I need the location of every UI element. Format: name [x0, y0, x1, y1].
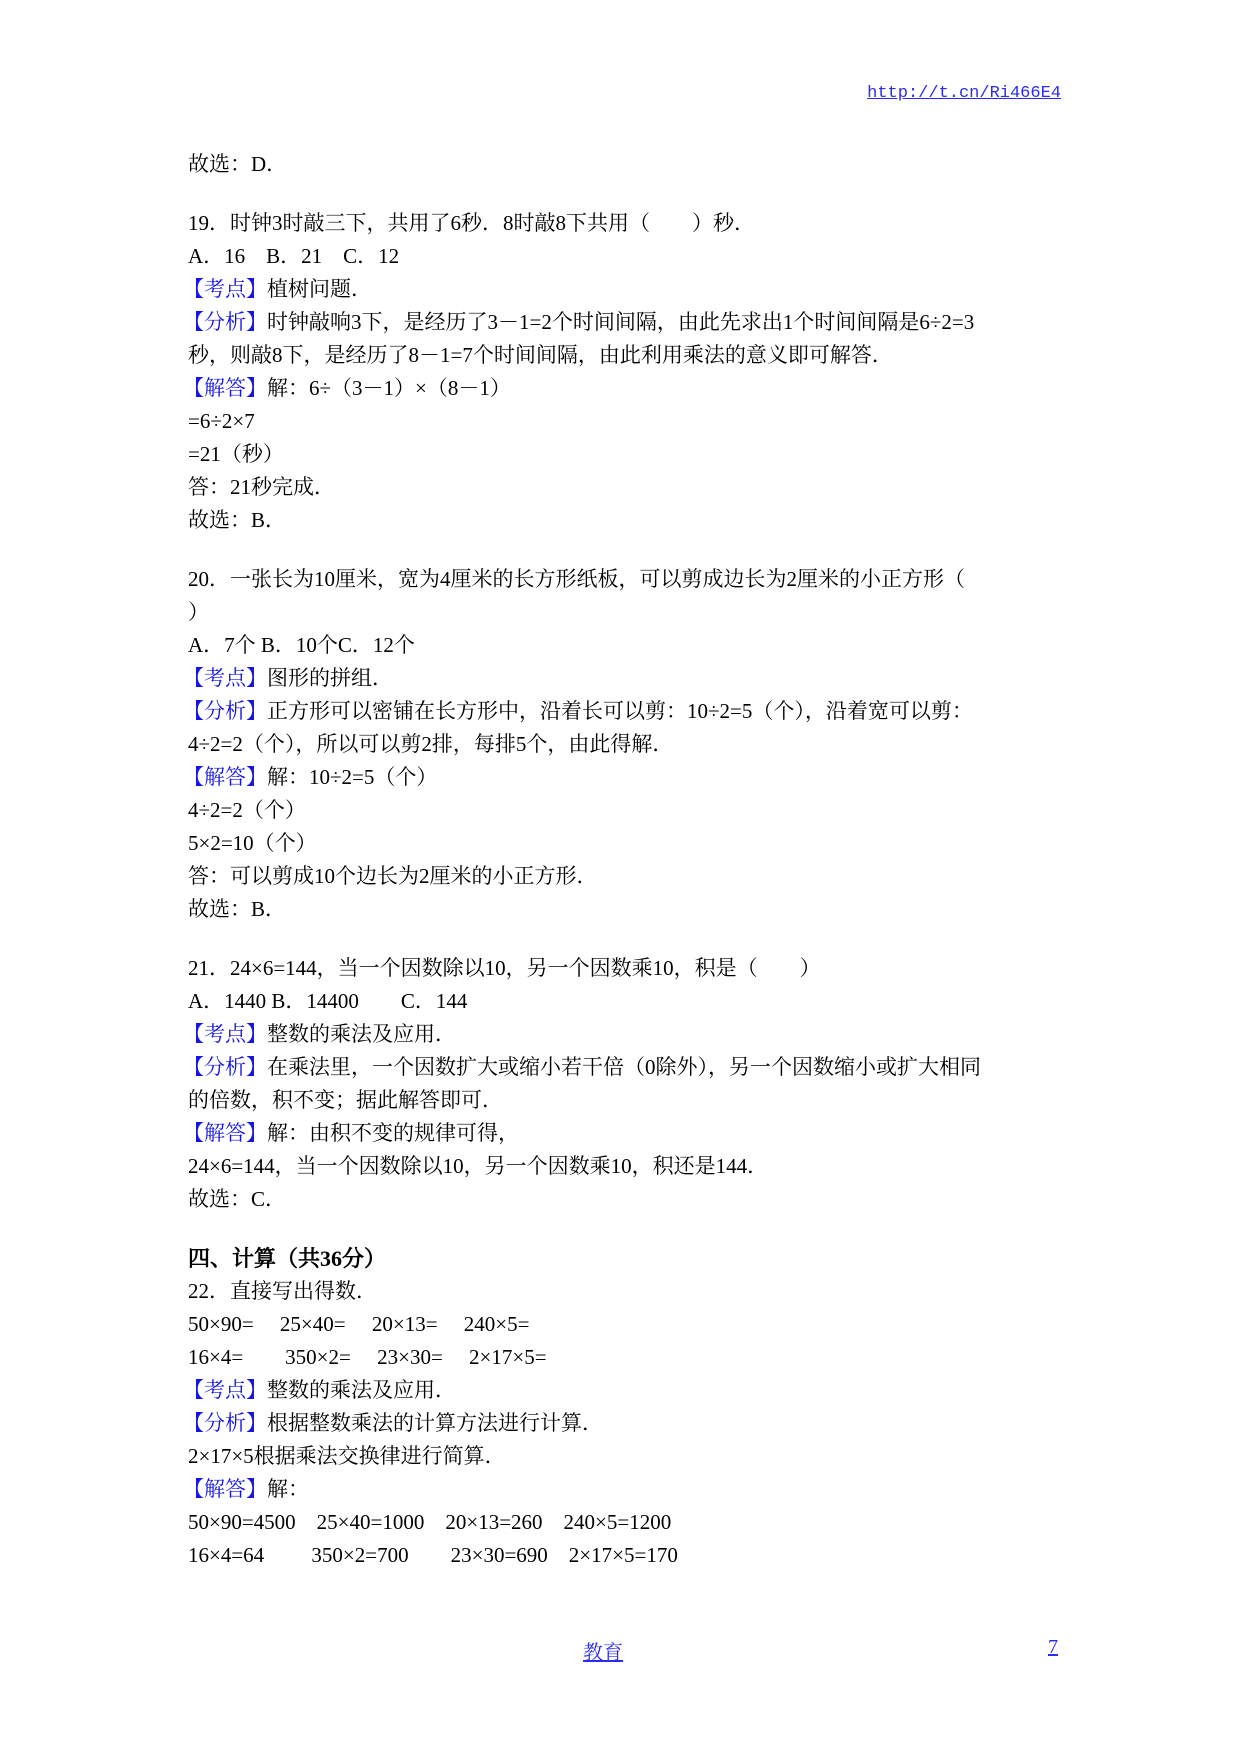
blank-line [188, 926, 1070, 952]
line-text: 21．24×6=144，当一个因数除以10，另一个因数乘10，积是（ ） [188, 956, 821, 980]
line-text: 整数的乘法及应用． [267, 1022, 456, 1046]
line-text: 故选：B． [188, 897, 286, 921]
line-text: 解：由积不变的规律可得， [267, 1121, 519, 1145]
line-text: 16×4=64 350×2=700 23×30=690 2×17×5=170 [188, 1543, 678, 1567]
text-line: 【分析】根据整数乘法的计算方法进行计算． [188, 1407, 1070, 1440]
bracket-tag-label: 【考点】 [183, 1022, 267, 1046]
line-text: ） [188, 600, 209, 624]
footer-site-link[interactable]: 教育 [583, 1636, 623, 1665]
line-text: 50×90= 25×40= 20×13= 240×5= [188, 1312, 530, 1336]
line-text: 4÷2=2（个） [188, 798, 306, 822]
text-line: 【分析】时钟敲响3下，是经历了3－1=2个时间间隔，由此先求出1个时间间隔是6÷… [188, 306, 1070, 339]
line-text: 的倍数，积不变；据此解答即可． [188, 1088, 503, 1112]
text-line: 答：可以剪成10个边长为2厘米的小正方形． [188, 860, 1070, 893]
line-text: 50×90=4500 25×40=1000 20×13=260 240×5=12… [188, 1510, 671, 1534]
text-line: =21（秒） [188, 438, 1070, 471]
line-text: A．16 B．21 C．12 [188, 244, 399, 268]
line-text: 整数的乘法及应用． [267, 1378, 456, 1402]
text-line: A．16 B．21 C．12 [188, 240, 1070, 273]
line-text: 16×4= 350×2= 23×30= 2×17×5= [188, 1345, 547, 1369]
text-line: =6÷2×7 [188, 405, 1070, 438]
line-text: 20．一张长为10厘米，宽为4厘米的长方形纸板，可以剪成边长为2厘米的小正方形（ [188, 567, 965, 591]
text-line: 【解答】解： [188, 1473, 1070, 1506]
text-line: A．7个 B．10个C．12个 [188, 629, 1070, 662]
text-line: 21．24×6=144，当一个因数除以10，另一个因数乘10，积是（ ） [188, 952, 1070, 985]
text-line: 【分析】在乘法里，一个因数扩大或缩小若干倍（0除外），另一个因数缩小或扩大相同 [188, 1051, 1070, 1084]
bracket-tag-label: 【考点】 [183, 277, 267, 301]
text-line: 答：21秒完成． [188, 471, 1070, 504]
text-line: 【解答】解：10÷2=5（个） [188, 761, 1070, 794]
section-heading: 四、计算（共36分） [188, 1242, 1070, 1275]
bracket-tag-label: 【解答】 [183, 765, 267, 789]
line-text: 故选：C． [188, 1187, 286, 1211]
line-text: 图形的拼组． [267, 666, 393, 690]
line-text: 解： [267, 1477, 309, 1501]
document-body: 故选：D．19．时钟3时敲三下，共用了6秒．8时敲8下共用（ ）秒．A．16 B… [188, 148, 1070, 1572]
line-text: 四、计算（共36分） [188, 1246, 386, 1271]
bracket-tag-label: 【分析】 [183, 1411, 267, 1435]
line-text: 故选：D． [188, 152, 287, 176]
line-text: =21（秒） [188, 442, 284, 466]
text-line: 5×2=10（个） [188, 827, 1070, 860]
text-line: 故选：B． [188, 504, 1070, 537]
line-text: A．1440 B．14400 C．144 [188, 989, 467, 1013]
bracket-tag-label: 【解答】 [183, 376, 267, 400]
text-line: 50×90= 25×40= 20×13= 240×5= [188, 1308, 1070, 1341]
line-text: 在乘法里，一个因数扩大或缩小若干倍（0除外），另一个因数缩小或扩大相同 [267, 1055, 981, 1079]
line-text: 19．时钟3时敲三下，共用了6秒．8时敲8下共用（ ）秒． [188, 211, 755, 235]
line-text: 24×6=144，当一个因数除以10，另一个因数乘10，积还是144． [188, 1154, 768, 1178]
line-text: 5×2=10（个） [188, 831, 317, 855]
page-container: http://t.cn/Ri466E4 故选：D．19．时钟3时敲三下，共用了6… [0, 0, 1241, 1754]
bracket-tag-label: 【分析】 [183, 1055, 267, 1079]
bracket-tag-label: 【考点】 [183, 1378, 267, 1402]
line-text: 根据整数乘法的计算方法进行计算． [267, 1411, 603, 1435]
line-text: 答：21秒完成． [188, 475, 335, 499]
text-line: 【考点】植树问题． [188, 273, 1070, 306]
text-line: 故选：B． [188, 893, 1070, 926]
line-text: 秒，则敲8下，是经历了8－1=7个时间间隔，由此利用乘法的意义即可解答． [188, 343, 893, 367]
line-text: =6÷2×7 [188, 409, 255, 433]
footer-page-number[interactable]: 7 [1048, 1636, 1058, 1659]
line-text: 2×17×5根据乘法交换律进行简算． [188, 1444, 506, 1468]
text-line: 【考点】整数的乘法及应用． [188, 1374, 1070, 1407]
header-url-link[interactable]: http://t.cn/Ri466E4 [867, 84, 1061, 103]
text-line: 2×17×5根据乘法交换律进行简算． [188, 1440, 1070, 1473]
text-line: 19．时钟3时敲三下，共用了6秒．8时敲8下共用（ ）秒． [188, 207, 1070, 240]
line-text: 故选：B． [188, 508, 286, 532]
line-text: 22．直接写出得数． [188, 1279, 377, 1303]
text-line: 【考点】图形的拼组． [188, 662, 1070, 695]
text-line: 故选：D． [188, 148, 1070, 181]
bracket-tag-label: 【分析】 [183, 310, 267, 334]
bracket-tag-label: 【解答】 [183, 1121, 267, 1145]
text-line: 【考点】整数的乘法及应用． [188, 1018, 1070, 1051]
line-text: 正方形可以密铺在长方形中，沿着长可以剪：10÷2=5（个），沿着宽可以剪： [267, 699, 973, 723]
text-line: 4÷2=2（个），所以可以剪2排，每排5个，由此得解． [188, 728, 1070, 761]
bracket-tag-label: 【分析】 [183, 699, 267, 723]
text-line: 【解答】解：6÷（3－1）×（8－1） [188, 372, 1070, 405]
text-line: A．1440 B．14400 C．144 [188, 985, 1070, 1018]
line-text: 时钟敲响3下，是经历了3－1=2个时间间隔，由此先求出1个时间间隔是6÷2=3 [267, 310, 974, 334]
blank-line [188, 181, 1070, 207]
text-line: 4÷2=2（个） [188, 794, 1070, 827]
line-text: 4÷2=2（个），所以可以剪2排，每排5个，由此得解． [188, 732, 673, 756]
line-text: A．7个 B．10个C．12个 [188, 633, 415, 657]
line-text: 植树问题． [267, 277, 372, 301]
blank-line [188, 537, 1070, 563]
bracket-tag-label: 【解答】 [183, 1477, 267, 1501]
text-line: 【分析】正方形可以密铺在长方形中，沿着长可以剪：10÷2=5（个），沿着宽可以剪… [188, 695, 1070, 728]
text-line: 16×4= 350×2= 23×30= 2×17×5= [188, 1341, 1070, 1374]
text-line: 50×90=4500 25×40=1000 20×13=260 240×5=12… [188, 1506, 1070, 1539]
bracket-tag-label: 【考点】 [183, 666, 267, 690]
line-text: 解：10÷2=5（个） [267, 765, 437, 789]
line-text: 解：6÷（3－1）×（8－1） [267, 376, 511, 400]
text-line: 16×4=64 350×2=700 23×30=690 2×17×5=170 [188, 1539, 1070, 1572]
text-line: 的倍数，积不变；据此解答即可． [188, 1084, 1070, 1117]
text-line: 秒，则敲8下，是经历了8－1=7个时间间隔，由此利用乘法的意义即可解答． [188, 339, 1070, 372]
text-line: 故选：C． [188, 1183, 1070, 1216]
line-text: 答：可以剪成10个边长为2厘米的小正方形． [188, 864, 598, 888]
text-line: 22．直接写出得数． [188, 1275, 1070, 1308]
text-line: ） [188, 596, 1070, 629]
blank-line [188, 1216, 1070, 1242]
text-line: 24×6=144，当一个因数除以10，另一个因数乘10，积还是144． [188, 1150, 1070, 1183]
text-line: 20．一张长为10厘米，宽为4厘米的长方形纸板，可以剪成边长为2厘米的小正方形（ [188, 563, 1070, 596]
text-line: 【解答】解：由积不变的规律可得， [188, 1117, 1070, 1150]
